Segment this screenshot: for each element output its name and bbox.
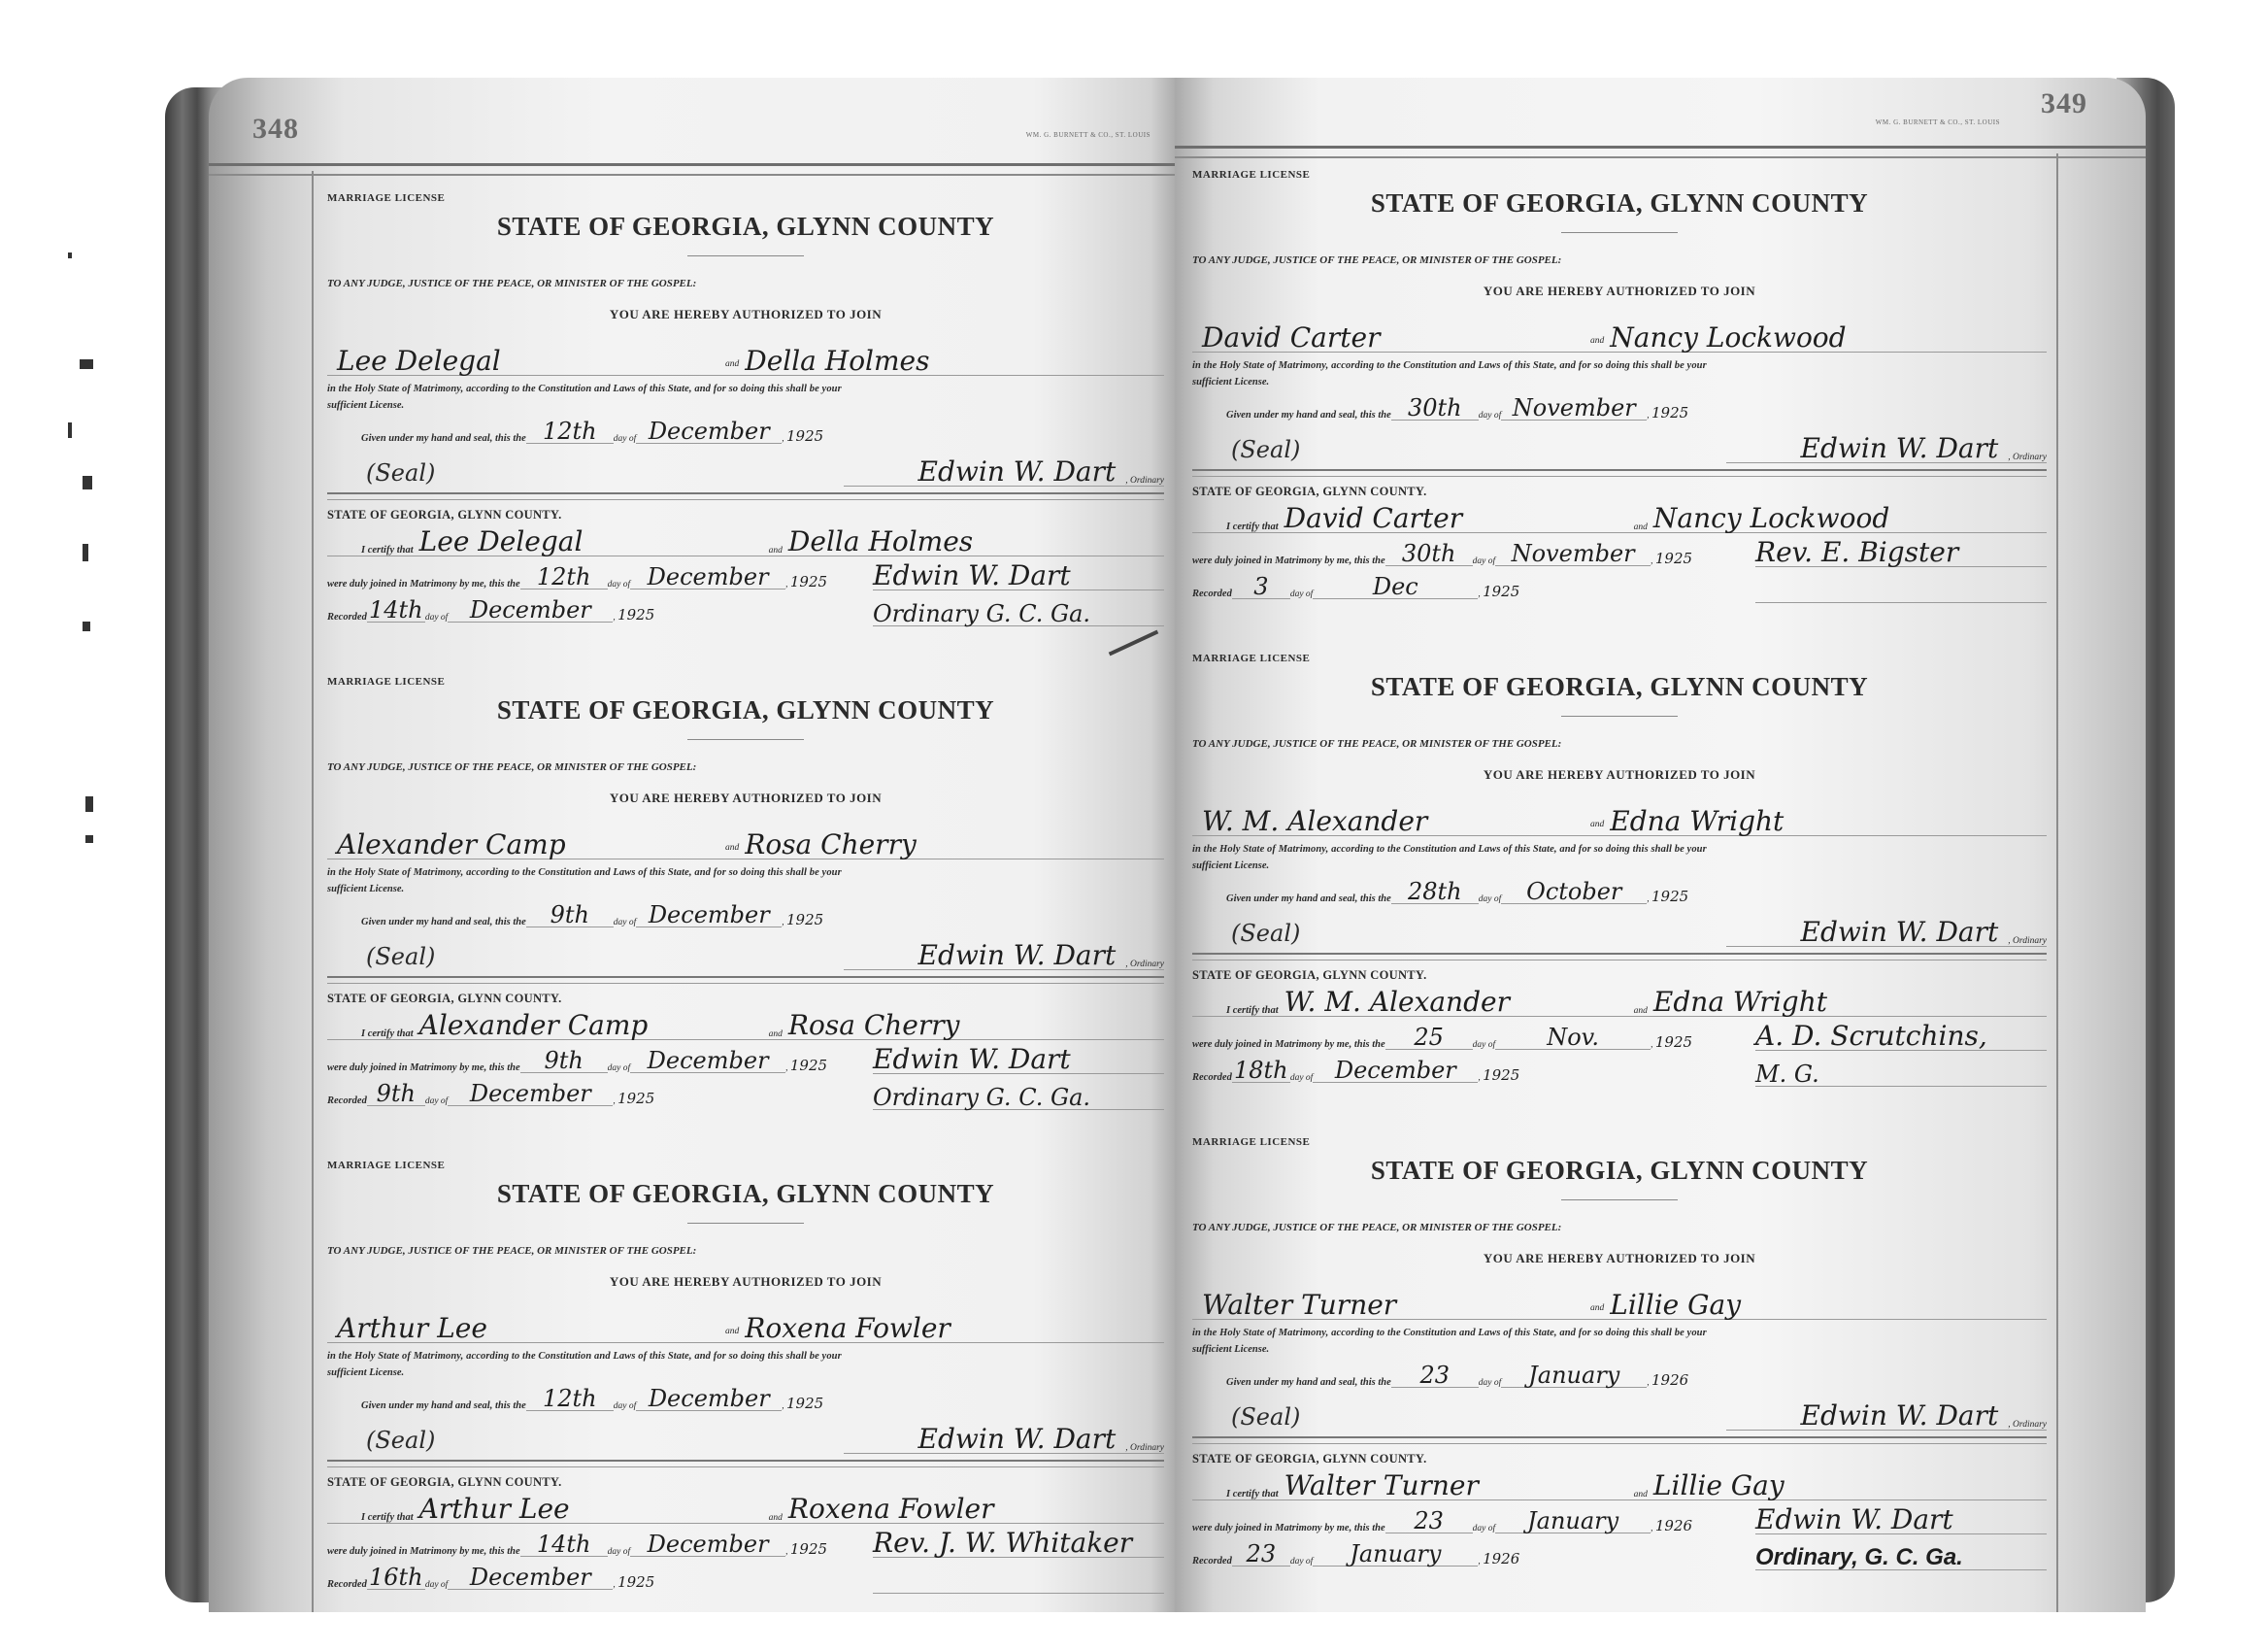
given-month: December xyxy=(636,1387,782,1411)
given-year: 1925 xyxy=(1651,890,1688,904)
day-of-label: day of xyxy=(1479,894,1501,904)
groom-name: W. M. Alexander xyxy=(1192,808,1590,835)
marriage-record: MARRIAGE LICENSE STATE OF GEORGIA, GLYNN… xyxy=(327,676,1164,1150)
printer-mark: WM. G. BURNETT & CO., ST. LOUIS xyxy=(1876,118,2000,126)
recorded-year: 1925 xyxy=(1483,585,1519,599)
title-rule xyxy=(687,255,804,256)
given-label: Given under my hand and seal, this the xyxy=(361,917,526,927)
title-rule xyxy=(687,1223,804,1224)
license-title: STATE OF GEORGIA, GLYNN COUNTY xyxy=(327,1179,1164,1209)
day-of-label: day of xyxy=(614,918,636,927)
recorded-month: January xyxy=(1313,1542,1478,1567)
ledger-page-right: 349 WM. G. BURNETT & CO., ST. LOUIS MARR… xyxy=(1175,78,2146,1612)
day-of-label: day of xyxy=(1479,1378,1501,1388)
joined-day: 9th xyxy=(520,1049,608,1073)
given-label: Given under my hand and seal, this the xyxy=(1226,893,1391,904)
officiant-title: M. G. xyxy=(1755,1062,1819,1086)
recorded-year: 1925 xyxy=(617,1092,654,1106)
page-number: 349 xyxy=(2041,87,2087,120)
joined-day: 12th xyxy=(520,565,608,590)
bride-name: Nancy Lockwood xyxy=(1610,324,1846,352)
given-day: 28th xyxy=(1391,880,1479,904)
recorded-day: 3 xyxy=(1232,575,1290,599)
and-label: and xyxy=(1590,820,1604,829)
section-divider xyxy=(1192,469,2047,477)
joined-year: 1925 xyxy=(790,575,827,590)
issuer-signature-line: Edwin W. Dart , Ordinary xyxy=(1726,1402,2047,1431)
issuer-signature: Edwin W. Dart xyxy=(1801,919,1999,946)
signature-row: (Seal) Edwin W. Dart , Ordinary xyxy=(1192,1388,2047,1431)
joined-label: were duly joined in Matrimony by me, thi… xyxy=(1192,556,1385,566)
recorded-year: 1925 xyxy=(617,1575,654,1590)
given-year: 1925 xyxy=(1651,406,1688,421)
cert-groom-name: Alexander Camp xyxy=(414,1012,769,1039)
given-day: 12th xyxy=(526,1387,614,1411)
ordinary-label: , Ordinary xyxy=(2008,453,2047,462)
given-month: November xyxy=(1501,396,1647,421)
authorized-line: YOU ARE HEREBY AUTHORIZED TO JOIN xyxy=(1192,284,2047,299)
and-label: and xyxy=(725,1327,739,1336)
day-of-label: day of xyxy=(614,1401,636,1411)
cert-groom-name: Arthur Lee xyxy=(414,1496,769,1523)
given-month: October xyxy=(1501,880,1647,904)
license-title: STATE OF GEORGIA, GLYNN COUNTY xyxy=(327,212,1164,242)
matrimony-text: in the Holy State of Matrimony, accordin… xyxy=(1192,360,2047,371)
recorded-month: Dec xyxy=(1313,575,1478,599)
joined-year: 1925 xyxy=(790,1542,827,1557)
certificate-title: STATE OF GEORGIA, GLYNN COUNTY. xyxy=(1192,968,2047,983)
given-line: Given under my hand and seal, this the 1… xyxy=(327,413,1164,444)
given-month: December xyxy=(636,420,782,444)
officiant-signature: Edwin W. Dart xyxy=(873,1046,1071,1073)
given-line: Given under my hand and seal, this the 3… xyxy=(1192,389,2047,421)
issuer-signature-line: Edwin W. Dart , Ordinary xyxy=(1726,435,2047,463)
issuer-signature: Edwin W. Dart xyxy=(918,942,1117,969)
printer-mark: WM. G. BURNETT & CO., ST. LOUIS xyxy=(1026,131,1151,139)
records-list: MARRIAGE LICENSE STATE OF GEORGIA, GLYNN… xyxy=(1192,159,2047,1610)
officiant-title: Ordinary G. C. Ga. xyxy=(873,1086,1090,1109)
given-year: 1925 xyxy=(786,429,823,444)
day-of-label: day of xyxy=(608,1063,630,1073)
license-tag: MARRIAGE LICENSE xyxy=(1192,653,2047,664)
given-year: 1925 xyxy=(786,913,823,927)
officiant-signature: Edwin W. Dart xyxy=(873,562,1071,590)
address-line: TO ANY JUDGE, JUSTICE OF THE PEACE, OR M… xyxy=(327,1245,1164,1257)
sufficient-license-text: sufficient License. xyxy=(1192,860,2047,871)
section-divider xyxy=(327,976,1164,984)
joined-year: 1925 xyxy=(1655,552,1692,566)
given-label: Given under my hand and seal, this the xyxy=(361,433,526,444)
certify-line: I certify that Lee Delegal and Della Hol… xyxy=(327,522,1164,556)
recorded-label: Recorded xyxy=(327,1579,367,1590)
recorded-label: Recorded xyxy=(1192,589,1232,599)
sufficient-license-text: sufficient License. xyxy=(327,400,1164,411)
license-title: STATE OF GEORGIA, GLYNN COUNTY xyxy=(1192,672,2047,702)
signature-row: (Seal) Edwin W. Dart , Ordinary xyxy=(327,927,1164,970)
authorized-line: YOU ARE HEREBY AUTHORIZED TO JOIN xyxy=(1192,767,2047,783)
recorded-month: December xyxy=(448,1082,613,1106)
records-list: MARRIAGE LICENSE STATE OF GEORGIA, GLYNN… xyxy=(327,183,1164,1612)
issuer-signature: Edwin W. Dart xyxy=(1801,435,1999,462)
authorized-line: YOU ARE HEREBY AUTHORIZED TO JOIN xyxy=(327,1274,1164,1290)
ordinary-label: , Ordinary xyxy=(1125,1443,1164,1453)
cert-bride-name: Della Holmes xyxy=(788,528,973,556)
joined-day: 23 xyxy=(1385,1509,1473,1533)
cert-groom-name: David Carter xyxy=(1279,505,1634,532)
and-label: and xyxy=(725,843,739,853)
day-of-label: day of xyxy=(1290,1073,1313,1083)
given-line: Given under my hand and seal, this the 9… xyxy=(327,896,1164,927)
issuer-signature: Edwin W. Dart xyxy=(918,1426,1117,1453)
certify-label: I certify that xyxy=(361,1028,414,1039)
joined-year: 1925 xyxy=(1655,1035,1692,1050)
marriage-record: MARRIAGE LICENSE STATE OF GEORGIA, GLYNN… xyxy=(1192,1136,2047,1610)
ordinary-label: , Ordinary xyxy=(1125,960,1164,969)
recorded-label: Recorded xyxy=(327,1095,367,1106)
margin-marks xyxy=(58,194,97,874)
given-day: 12th xyxy=(526,420,614,444)
cert-groom-name: Walter Turner xyxy=(1279,1472,1634,1499)
names-line: David Carter and Nancy Lockwood xyxy=(1192,309,2047,353)
and-label: and xyxy=(1590,1303,1604,1313)
matrimony-text: in the Holy State of Matrimony, accordin… xyxy=(327,384,1164,394)
matrimony-text: in the Holy State of Matrimony, accordin… xyxy=(1192,1328,2047,1338)
joined-month: January xyxy=(1495,1509,1651,1533)
groom-name: David Carter xyxy=(1192,324,1590,352)
groom-name: Arthur Lee xyxy=(327,1315,725,1342)
bride-name: Roxena Fowler xyxy=(745,1315,951,1342)
joined-month: November xyxy=(1495,542,1651,566)
address-line: TO ANY JUDGE, JUSTICE OF THE PEACE, OR M… xyxy=(1192,738,2047,750)
given-month: December xyxy=(636,903,782,927)
recorded-label: Recorded xyxy=(1192,1556,1232,1567)
and-label: and xyxy=(1634,1006,1648,1016)
certify-line: I certify that Alexander Camp and Rosa C… xyxy=(327,1006,1164,1040)
recorded-year: 1925 xyxy=(617,608,654,623)
license-tag: MARRIAGE LICENSE xyxy=(327,676,1164,688)
day-of-label: day of xyxy=(425,1096,448,1106)
day-of-label: day of xyxy=(608,1547,630,1557)
recorded-month: December xyxy=(448,598,613,623)
signature-row: (Seal) Edwin W. Dart , Ordinary xyxy=(327,444,1164,487)
issuer-signature-line: Edwin W. Dart , Ordinary xyxy=(1726,919,2047,947)
recorded-day: 16th xyxy=(367,1566,425,1590)
matrimony-text: in the Holy State of Matrimony, accordin… xyxy=(327,1351,1164,1362)
joined-month: Nov. xyxy=(1495,1026,1651,1050)
license-title: STATE OF GEORGIA, GLYNN COUNTY xyxy=(1192,1156,2047,1186)
joined-label: were duly joined in Matrimony by me, thi… xyxy=(327,579,520,590)
matrimony-text: in the Holy State of Matrimony, accordin… xyxy=(1192,844,2047,855)
authorized-line: YOU ARE HEREBY AUTHORIZED TO JOIN xyxy=(327,791,1164,806)
joined-month: December xyxy=(630,1533,785,1557)
section-divider xyxy=(327,492,1164,500)
names-line: Arthur Lee and Roxena Fowler xyxy=(327,1299,1164,1343)
groom-name: Walter Turner xyxy=(1192,1292,1590,1319)
officiant-signature: A. D. Scrutchins, xyxy=(1755,1023,1987,1050)
matrimony-text: in the Holy State of Matrimony, accordin… xyxy=(327,867,1164,878)
margin-rule xyxy=(2056,153,2058,1612)
day-of-label: day of xyxy=(425,613,448,623)
page-number: 348 xyxy=(252,113,299,146)
joined-year: 1926 xyxy=(1655,1519,1692,1533)
recorded-line: Recorded 18th day of December , 1925 A. … xyxy=(1192,1050,2047,1083)
joined-day: 14th xyxy=(520,1533,608,1557)
certify-label: I certify that xyxy=(361,545,414,556)
cert-bride-name: Rosa Cherry xyxy=(788,1012,960,1039)
given-year: 1925 xyxy=(786,1397,823,1411)
bride-name: Lillie Gay xyxy=(1610,1292,1741,1319)
officiant-block: Edwin W. Dart Ordinary, G. C. Ga. xyxy=(1755,1499,2047,1570)
joined-day: 25 xyxy=(1385,1026,1473,1050)
joined-label: were duly joined in Matrimony by me, thi… xyxy=(327,1546,520,1557)
names-line: Walter Turner and Lillie Gay xyxy=(1192,1276,2047,1320)
joined-day: 30th xyxy=(1385,542,1473,566)
ordinary-label: , Ordinary xyxy=(1125,476,1164,486)
certificate-title: STATE OF GEORGIA, GLYNN COUNTY. xyxy=(1192,1452,2047,1466)
joined-label: were duly joined in Matrimony by me, thi… xyxy=(1192,1523,1385,1533)
day-of-label: day of xyxy=(614,434,636,444)
joined-year: 1925 xyxy=(790,1059,827,1073)
header-rule xyxy=(1175,146,2146,158)
day-of-label: day of xyxy=(1473,556,1495,566)
sufficient-license-text: sufficient License. xyxy=(1192,377,2047,387)
issuer-signature: Edwin W. Dart xyxy=(918,458,1117,486)
given-line: Given under my hand and seal, this the 2… xyxy=(1192,873,2047,904)
day-of-label: day of xyxy=(1479,411,1501,421)
recorded-label: Recorded xyxy=(1192,1072,1232,1083)
officiant-block: Rev. J. W. Whitaker xyxy=(873,1522,1164,1594)
title-rule xyxy=(687,739,804,740)
bride-name: Della Holmes xyxy=(745,348,929,375)
marriage-record: MARRIAGE LICENSE STATE OF GEORGIA, GLYNN… xyxy=(1192,169,2047,643)
signature-row: (Seal) Edwin W. Dart , Ordinary xyxy=(1192,904,2047,947)
section-divider xyxy=(1192,953,2047,960)
sufficient-license-text: sufficient License. xyxy=(327,884,1164,894)
joined-label: were duly joined in Matrimony by me, thi… xyxy=(1192,1039,1385,1050)
given-label: Given under my hand and seal, this the xyxy=(361,1400,526,1411)
license-tag: MARRIAGE LICENSE xyxy=(327,192,1164,204)
recorded-year: 1925 xyxy=(1483,1068,1519,1083)
address-line: TO ANY JUDGE, JUSTICE OF THE PEACE, OR M… xyxy=(327,761,1164,773)
given-day: 23 xyxy=(1391,1364,1479,1388)
recorded-line: Recorded 16th day of December , 1925 Rev… xyxy=(327,1557,1164,1590)
given-label: Given under my hand and seal, this the xyxy=(1226,410,1391,421)
recorded-day: 23 xyxy=(1232,1542,1290,1567)
seal-mark: (Seal) xyxy=(1231,1403,1300,1431)
given-year: 1926 xyxy=(1651,1373,1688,1388)
and-label: and xyxy=(769,1029,783,1039)
certify-line: I certify that Arthur Lee and Roxena Fow… xyxy=(327,1490,1164,1524)
officiant-block: Rev. E. Bigster xyxy=(1755,531,2047,603)
officiant-signature: Rev. J. W. Whitaker xyxy=(873,1530,1132,1557)
and-label: and xyxy=(725,359,739,369)
sufficient-license-text: sufficient License. xyxy=(327,1367,1164,1378)
recorded-label: Recorded xyxy=(327,612,367,623)
day-of-label: day of xyxy=(608,580,630,590)
day-of-label: day of xyxy=(1290,590,1313,599)
recorded-day: 18th xyxy=(1232,1059,1290,1083)
names-line: Lee Delegal and Della Holmes xyxy=(327,332,1164,376)
marriage-record: MARRIAGE LICENSE STATE OF GEORGIA, GLYNN… xyxy=(1192,653,2047,1127)
section-divider xyxy=(327,1460,1164,1467)
title-rule xyxy=(1561,716,1678,717)
issuer-signature-line: Edwin W. Dart , Ordinary xyxy=(844,942,1164,970)
officiant-signature: Rev. E. Bigster xyxy=(1755,539,1958,566)
license-tag: MARRIAGE LICENSE xyxy=(1192,1136,2047,1148)
and-label: and xyxy=(769,1513,783,1523)
recorded-line: Recorded 3 day of Dec , 1925 Rev. E. Big… xyxy=(1192,566,2047,599)
officiant-title: Ordinary, G. C. Ga. xyxy=(1755,1546,1963,1569)
recorded-year: 1926 xyxy=(1483,1552,1519,1567)
certificate-title: STATE OF GEORGIA, GLYNN COUNTY. xyxy=(1192,485,2047,499)
certify-label: I certify that xyxy=(1226,1005,1279,1016)
recorded-month: December xyxy=(1313,1059,1478,1083)
cert-bride-name: Edna Wright xyxy=(1653,989,1827,1016)
recorded-line: Recorded 14th day of December , 1925 Edw… xyxy=(327,590,1164,623)
authorized-line: YOU ARE HEREBY AUTHORIZED TO JOIN xyxy=(327,307,1164,322)
given-label: Given under my hand and seal, this the xyxy=(1226,1377,1391,1388)
and-label: and xyxy=(1590,336,1604,346)
given-day: 30th xyxy=(1391,396,1479,421)
cert-groom-name: Lee Delegal xyxy=(414,528,769,556)
recorded-line: Recorded 9th day of December , 1925 Edwi… xyxy=(327,1073,1164,1106)
cert-groom-name: W. M. Alexander xyxy=(1279,989,1634,1016)
seal-mark: (Seal) xyxy=(366,1427,435,1454)
title-rule xyxy=(1561,232,1678,233)
joined-month: December xyxy=(630,1049,785,1073)
officiant-title: Ordinary G. C. Ga. xyxy=(873,602,1090,625)
given-line: Given under my hand and seal, this the 1… xyxy=(327,1380,1164,1411)
cert-bride-name: Lillie Gay xyxy=(1653,1472,1784,1499)
sufficient-license-text: sufficient License. xyxy=(1192,1344,2047,1355)
margin-rule xyxy=(312,171,314,1612)
day-of-label: day of xyxy=(425,1580,448,1590)
names-line: Alexander Camp and Rosa Cherry xyxy=(327,816,1164,859)
seal-mark: (Seal) xyxy=(1231,436,1300,463)
certificate-title: STATE OF GEORGIA, GLYNN COUNTY. xyxy=(327,1475,1164,1490)
certify-line: I certify that W. M. Alexander and Edna … xyxy=(1192,983,2047,1017)
recorded-line: Recorded 23 day of January , 1926 Edwin … xyxy=(1192,1533,2047,1567)
signature-row: (Seal) Edwin W. Dart , Ordinary xyxy=(327,1411,1164,1454)
day-of-label: day of xyxy=(1290,1557,1313,1567)
ordinary-label: , Ordinary xyxy=(2008,936,2047,946)
groom-name: Lee Delegal xyxy=(327,348,725,375)
day-of-label: day of xyxy=(1473,1040,1495,1050)
given-day: 9th xyxy=(526,903,614,927)
issuer-signature-line: Edwin W. Dart , Ordinary xyxy=(844,1426,1164,1454)
officiant-signature: Edwin W. Dart xyxy=(1755,1506,1953,1533)
day-of-label: day of xyxy=(1473,1524,1495,1533)
given-month: January xyxy=(1501,1364,1647,1388)
joined-label: were duly joined in Matrimony by me, thi… xyxy=(327,1062,520,1073)
recorded-day: 14th xyxy=(367,598,425,623)
bride-name: Edna Wright xyxy=(1610,808,1784,835)
recorded-day: 9th xyxy=(367,1082,425,1106)
joined-month: December xyxy=(630,565,785,590)
and-label: and xyxy=(1634,522,1648,532)
title-rule xyxy=(1561,1199,1678,1200)
section-divider xyxy=(1192,1436,2047,1444)
certificate-title: STATE OF GEORGIA, GLYNN COUNTY. xyxy=(327,508,1164,522)
marriage-record: MARRIAGE LICENSE STATE OF GEORGIA, GLYNN… xyxy=(327,1160,1164,1612)
license-tag: MARRIAGE LICENSE xyxy=(1192,169,2047,181)
license-title: STATE OF GEORGIA, GLYNN COUNTY xyxy=(327,695,1164,725)
ordinary-label: , Ordinary xyxy=(2008,1420,2047,1430)
and-label: and xyxy=(769,546,783,556)
address-line: TO ANY JUDGE, JUSTICE OF THE PEACE, OR M… xyxy=(1192,254,2047,266)
issuer-signature-line: Edwin W. Dart , Ordinary xyxy=(844,458,1164,487)
license-title: STATE OF GEORGIA, GLYNN COUNTY xyxy=(1192,188,2047,219)
certify-line: I certify that David Carter and Nancy Lo… xyxy=(1192,499,2047,533)
license-tag: MARRIAGE LICENSE xyxy=(327,1160,1164,1171)
bride-name: Rosa Cherry xyxy=(745,831,917,859)
officiant-block: Edwin W. Dart Ordinary G. C. Ga. xyxy=(873,555,1164,626)
certify-line: I certify that Walter Turner and Lillie … xyxy=(1192,1466,2047,1500)
certify-label: I certify that xyxy=(1226,1489,1279,1499)
groom-name: Alexander Camp xyxy=(327,831,725,859)
address-line: TO ANY JUDGE, JUSTICE OF THE PEACE, OR M… xyxy=(1192,1222,2047,1233)
seal-mark: (Seal) xyxy=(366,459,435,487)
officiant-block: A. D. Scrutchins, M. G. xyxy=(1755,1015,2047,1087)
certify-label: I certify that xyxy=(1226,522,1279,532)
seal-mark: (Seal) xyxy=(366,943,435,970)
address-line: TO ANY JUDGE, JUSTICE OF THE PEACE, OR M… xyxy=(327,278,1164,289)
and-label: and xyxy=(1634,1490,1648,1499)
authorized-line: YOU ARE HEREBY AUTHORIZED TO JOIN xyxy=(1192,1251,2047,1266)
marriage-record: MARRIAGE LICENSE STATE OF GEORGIA, GLYNN… xyxy=(327,192,1164,666)
cert-bride-name: Roxena Fowler xyxy=(788,1496,994,1523)
cert-bride-name: Nancy Lockwood xyxy=(1653,505,1889,532)
ledger-page-left: 348 WM. G. BURNETT & CO., ST. LOUIS MARR… xyxy=(209,78,1180,1612)
certify-label: I certify that xyxy=(361,1512,414,1523)
officiant-block: Edwin W. Dart Ordinary G. C. Ga. xyxy=(873,1038,1164,1110)
header-rule xyxy=(209,163,1180,176)
seal-mark: (Seal) xyxy=(1231,920,1300,947)
signature-row: (Seal) Edwin W. Dart , Ordinary xyxy=(1192,421,2047,463)
recorded-month: December xyxy=(448,1566,613,1590)
certificate-title: STATE OF GEORGIA, GLYNN COUNTY. xyxy=(327,992,1164,1006)
issuer-signature: Edwin W. Dart xyxy=(1801,1402,1999,1430)
names-line: W. M. Alexander and Edna Wright xyxy=(1192,792,2047,836)
given-line: Given under my hand and seal, this the 2… xyxy=(1192,1357,2047,1388)
